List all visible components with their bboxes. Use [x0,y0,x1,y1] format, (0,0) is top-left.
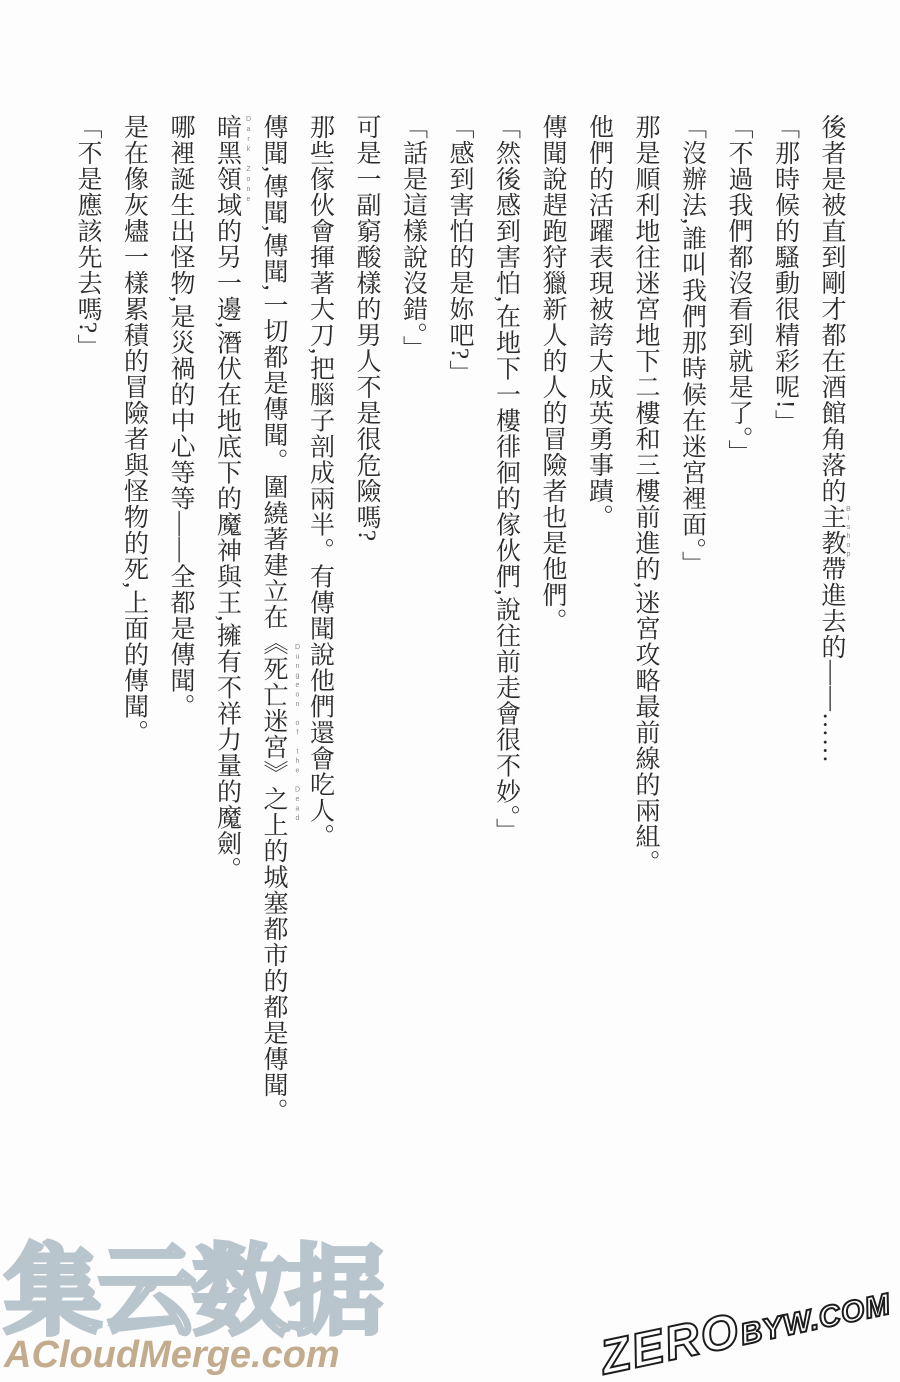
ruby-gloss-dark-zone: Dark Zone [245,116,252,206]
text-column-03: 「不過我們都沒看到就是了。」 [715,114,762,1214]
watermark-acloudmerge: 集云数据 ACloudMerge.com [4,1242,380,1374]
vertical-text-block: 後者是被直到剛才都在酒館角落的主教帶進去的——…… 「那時候的騷動很精彩呢!」 … [64,114,855,1214]
text-column-02: 「那時候的騷動很精彩呢!」 [761,114,808,1214]
zerobyw-logo-main: ZERO [595,1304,744,1382]
text-column-13: 傳聞,傳聞,傳聞,一切都是傳聞。圍繞著建立在《死亡迷宮》之上的城塞都市的都是傳聞… [250,114,297,1214]
text-column-01: 後者是被直到剛才都在酒館角落的主教帶進去的——…… [808,114,855,1214]
text-column-05: 那是順利地往迷宮地下二樓和三樓前進的,迷宮攻略最前線的兩組。 [622,114,669,1214]
acloudmerge-logo-text: 集云数据 [4,1242,380,1340]
text-column-08: 「然後感到害怕,在地下一樓徘徊的傢伙們,說往前走會很不妙。」 [482,114,529,1214]
text-column-06: 他們的活躍表現被誇大成英勇事蹟。 [575,114,622,1214]
novel-scan-page: 後者是被直到剛才都在酒館角落的主教帶進去的——…… 「那時候的騷動很精彩呢!」 … [0,0,900,1382]
ruby-gloss-dungeon-of-the-dead: Dungeon of the Dead [294,644,301,825]
text-column-16: 是在像灰燼一樣累積的冒險者與怪物的死,上面的傳聞。 [110,114,157,1214]
text-column-09: 「感到害怕的是妳吧?」 [436,114,483,1214]
text-column-04: 「沒辦法,誰叫我們那時候在迷宮裡面。」 [668,114,715,1214]
text-column-17: 「不是應該先去嗎?」 [64,114,111,1214]
text-column-07: 傳聞說趕跑狩獵新人的人的冒險者也是他們。 [529,114,576,1214]
text-column-12: 那些傢伙會揮著大刀,把腦子剖成兩半。有傳聞說他們還會吃人。 [296,114,343,1214]
zerobyw-logo-sub: BYW.COM [737,1288,894,1352]
ruby-gloss-bishop: Bishop [845,506,852,560]
acloudmerge-url-text: ACloudMerge.com [4,1336,380,1374]
text-column-11: 可是一副窮酸樣的男人不是很危險嗎? [343,114,390,1214]
text-column-10: 「話是這樣說沒錯。」 [389,114,436,1214]
text-column-15: 哪裡誕生出怪物,是災禍的中心等等——全都是傳聞。 [157,114,204,1214]
text-column-14: 暗黑領域的另一邊,潛伏在地底下的魔神與王,擁有不祥力量的魔劍。 [203,114,250,1214]
watermark-zerobyw: ZEROBYW.COM [595,1271,894,1382]
